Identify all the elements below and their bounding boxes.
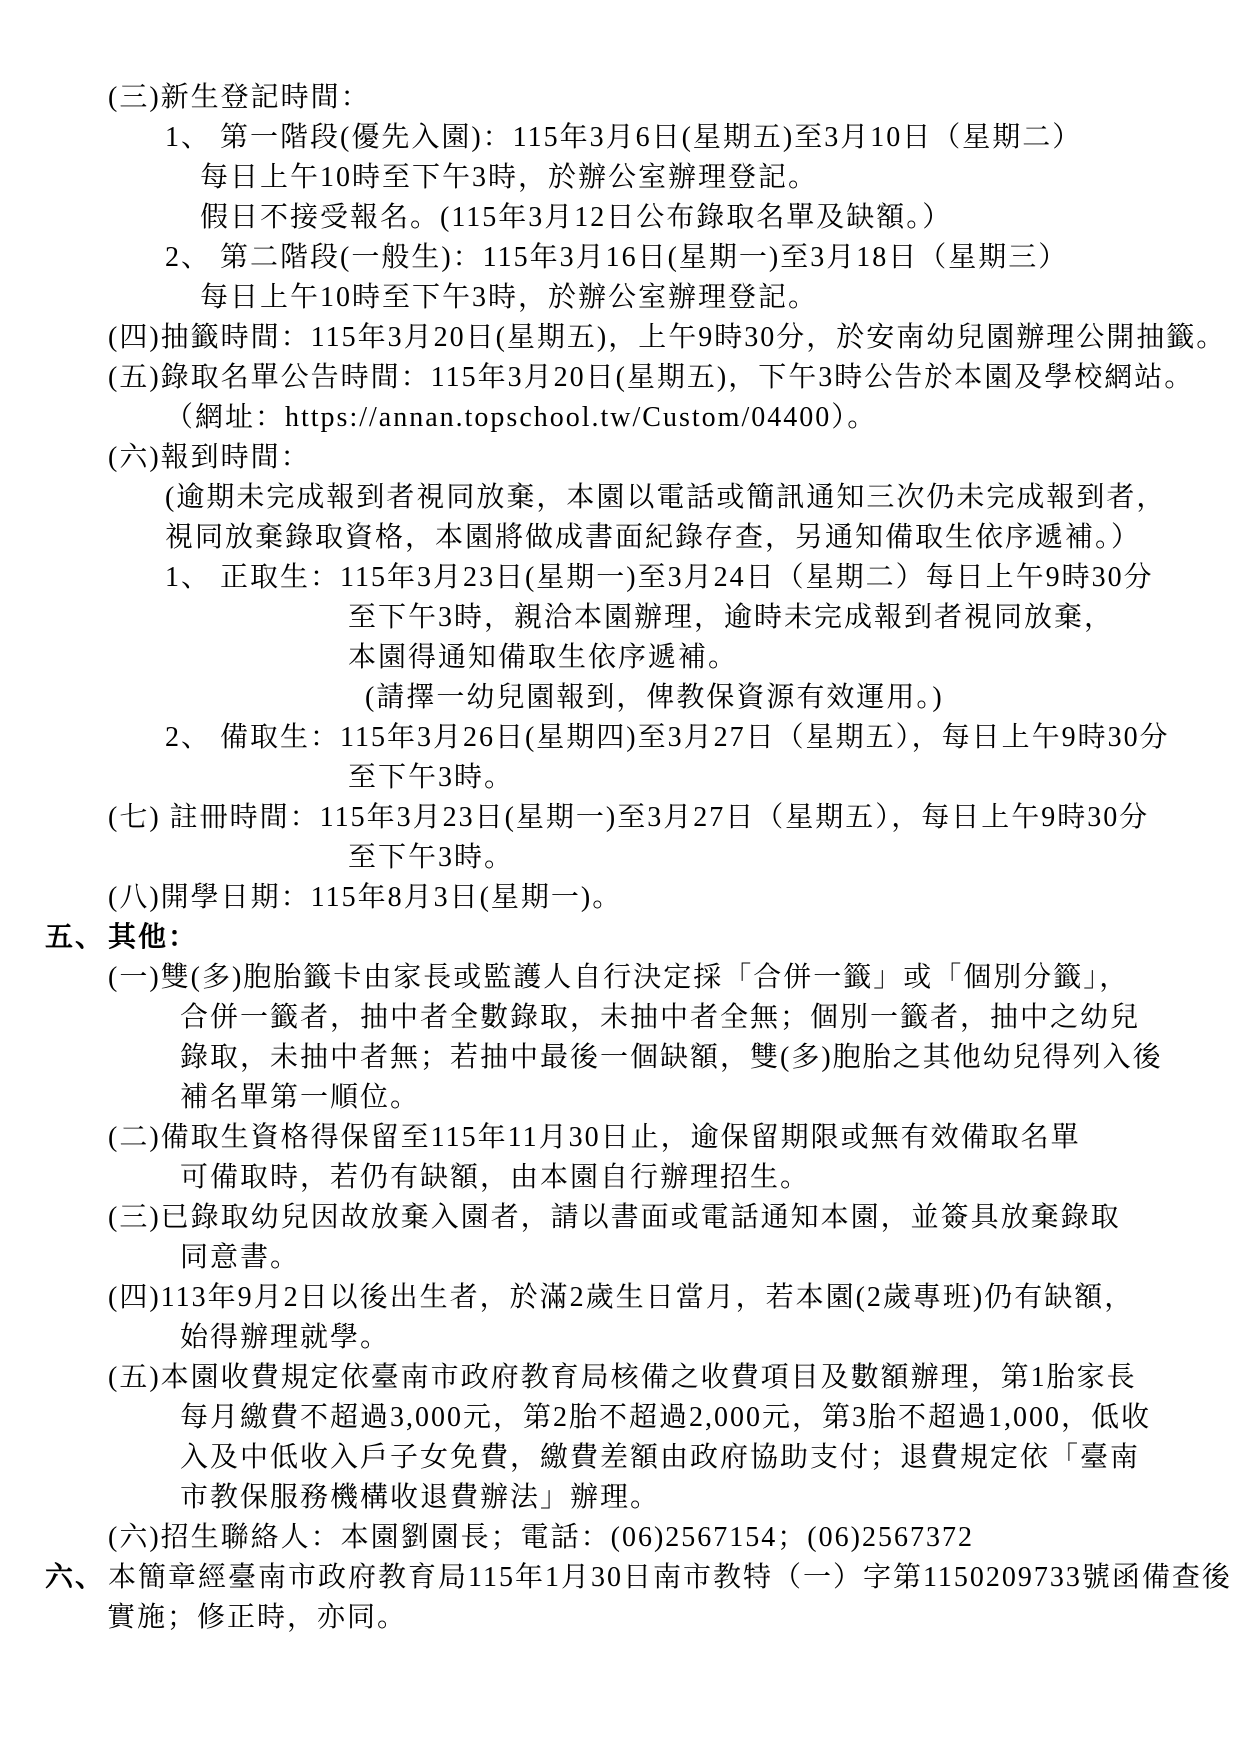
text-line: 始得辦理就學。 xyxy=(0,1318,1241,1358)
line-text: 入及中低收入戶子女免費，繳費差額由政府協助支付；退費規定依「臺南 xyxy=(180,1442,1140,1473)
text-line: 2、 備取生：115年3月26日(星期四)至3月27日（星期五），每日上午9時3… xyxy=(0,718,1241,758)
text-line: 市教保服務機構收退費辦法」辦理。 xyxy=(0,1478,1241,1518)
line-text: 實施；修正時，亦同。 xyxy=(107,1602,407,1633)
line-text: (逾期未完成報到者視同放棄，本園以電話或簡訊通知三次仍未完成報到者， xyxy=(165,482,1166,513)
text-line: (六)報到時間： xyxy=(0,438,1241,478)
text-line: 實施；修正時，亦同。 xyxy=(0,1598,1241,1638)
section-line: 六、本簡章經臺南市政府教育局115年1月30日南市教特（一）字第11502097… xyxy=(0,1558,1241,1598)
line-text: (八)開學日期：115年8月3日(星期一)。 xyxy=(108,882,622,913)
line-text: 本園得通知備取生依序遞補。 xyxy=(348,642,738,673)
line-text: (三)新生登記時間： xyxy=(108,82,371,113)
line-text: (四)抽籤時間：115年3月20日(星期五)，上午9時30分，於安南幼兒園辦理公… xyxy=(108,322,1226,353)
document-body: (三)新生登記時間：1、 第一階段(優先入園)：115年3月6日(星期五)至3月… xyxy=(0,78,1241,1638)
line-text: 1、 正取生：115年3月23日(星期一)至3月24日（星期二）每日上午9時30… xyxy=(165,562,1154,593)
line-text: 假日不接受報名。(115年3月12日公布錄取名單及缺額。） xyxy=(200,202,952,233)
text-line: 至下午3時，親洽本園辦理，逾時未完成報到者視同放棄， xyxy=(0,598,1241,638)
text-line: (三)新生登記時間： xyxy=(0,78,1241,118)
section-number: 六、 xyxy=(45,1558,108,1598)
line-text: 至下午3時。 xyxy=(348,842,514,873)
line-text: (六)招生聯絡人：本園劉園長；電話：(06)2567154；(06)256737… xyxy=(108,1522,974,1553)
line-text: (七) 註冊時間：115年3月23日(星期一)至3月27日（星期五），每日上午9… xyxy=(108,802,1149,833)
text-line: (五)本園收費規定依臺南市政府教育局核備之收費項目及數額辦理，第1胎家長 xyxy=(0,1358,1241,1398)
text-line: (逾期未完成報到者視同放棄，本園以電話或簡訊通知三次仍未完成報到者， xyxy=(0,478,1241,518)
line-text: (五)錄取名單公告時間：115年3月20日(星期五)，下午3時公告於本園及學校網… xyxy=(108,362,1194,393)
text-line: 1、 第一階段(優先入園)：115年3月6日(星期五)至3月10日（星期二） xyxy=(0,118,1241,158)
text-line: 補名單第一順位。 xyxy=(0,1078,1241,1118)
text-line: (四)抽籤時間：115年3月20日(星期五)，上午9時30分，於安南幼兒園辦理公… xyxy=(0,318,1241,358)
line-text: (二)備取生資格得保留至115年11月30日止，逾保留期限或無有效備取名單 xyxy=(108,1122,1081,1153)
line-text: 視同放棄錄取資格，本園將做成書面紀錄存查，另通知備取生依序遞補。） xyxy=(165,522,1141,553)
text-line: (請擇一幼兒園報到，俾教保資源有效運用。) xyxy=(0,678,1241,718)
line-text: 2、 第二階段(一般生)：115年3月16日(星期一)至3月18日（星期三） xyxy=(165,242,1068,273)
text-line: (四)113年9月2日以後出生者，於滿2歲生日當月，若本園(2歲專班)仍有缺額， xyxy=(0,1278,1241,1318)
text-line: 合併一籤者，抽中者全數錄取，未抽中者全無；個別一籤者，抽中之幼兒 xyxy=(0,998,1241,1038)
text-line: 至下午3時。 xyxy=(0,758,1241,798)
line-text: 2、 備取生：115年3月26日(星期四)至3月27日（星期五），每日上午9時3… xyxy=(165,722,1170,753)
text-line: 視同放棄錄取資格，本園將做成書面紀錄存查，另通知備取生依序遞補。） xyxy=(0,518,1241,558)
text-line: (二)備取生資格得保留至115年11月30日止，逾保留期限或無有效備取名單 xyxy=(0,1118,1241,1158)
text-line: 同意書。 xyxy=(0,1238,1241,1278)
text-line: (八)開學日期：115年8月3日(星期一)。 xyxy=(0,878,1241,918)
text-line: 每日上午10時至下午3時，於辦公室辦理登記。 xyxy=(0,158,1241,198)
text-line: 至下午3時。 xyxy=(0,838,1241,878)
line-text: 每日上午10時至下午3時，於辦公室辦理登記。 xyxy=(200,162,818,193)
text-line: 每月繳費不超過3,000元，第2胎不超過2,000元，第3胎不超過1,000，低… xyxy=(0,1398,1241,1438)
line-text: 始得辦理就學。 xyxy=(180,1322,390,1353)
line-text: 本簡章經臺南市政府教育局115年1月30日南市教特（一）字第1150209733… xyxy=(108,1562,1232,1593)
line-text: 至下午3時，親洽本園辦理，逾時未完成報到者視同放棄， xyxy=(348,602,1114,633)
text-line: (六)招生聯絡人：本園劉園長；電話：(06)2567154；(06)256737… xyxy=(0,1518,1241,1558)
line-text: 每日上午10時至下午3時，於辦公室辦理登記。 xyxy=(200,282,818,313)
section-line: 五、其他： xyxy=(0,918,1241,958)
text-line: (三)已錄取幼兒因故放棄入園者，請以書面或電話通知本園，並簽具放棄錄取 xyxy=(0,1198,1241,1238)
text-line: (一)雙(多)胞胎籤卡由家長或監護人自行決定採「合併一籤」或「個別分籤」， xyxy=(0,958,1241,998)
text-line: (七) 註冊時間：115年3月23日(星期一)至3月27日（星期五），每日上午9… xyxy=(0,798,1241,838)
text-line: 入及中低收入戶子女免費，繳費差額由政府協助支付；退費規定依「臺南 xyxy=(0,1438,1241,1478)
text-line: 每日上午10時至下午3時，於辦公室辦理登記。 xyxy=(0,278,1241,318)
text-line: 錄取，未抽中者無；若抽中最後一個缺額，雙(多)胞胎之其他幼兒得列入後 xyxy=(0,1038,1241,1078)
text-line: 1、 正取生：115年3月23日(星期一)至3月24日（星期二）每日上午9時30… xyxy=(0,558,1241,598)
line-text: (五)本園收費規定依臺南市政府教育局核備之收費項目及數額辦理，第1胎家長 xyxy=(108,1362,1137,1393)
section-number: 五、 xyxy=(45,918,108,958)
text-line: (五)錄取名單公告時間：115年3月20日(星期五)，下午3時公告於本園及學校網… xyxy=(0,358,1241,398)
text-line: 本園得通知備取生依序遞補。 xyxy=(0,638,1241,678)
text-line: 2、 第二階段(一般生)：115年3月16日(星期一)至3月18日（星期三） xyxy=(0,238,1241,278)
line-text: （網址：https://annan.topschool.tw/Custom/04… xyxy=(165,402,877,433)
line-text: (六)報到時間： xyxy=(108,442,311,473)
line-text: 市教保服務機構收退費辦法」辦理。 xyxy=(180,1482,660,1513)
line-text: 其他： xyxy=(108,922,198,953)
line-text: 同意書。 xyxy=(180,1242,300,1273)
line-text: 合併一籤者，抽中者全數錄取，未抽中者全無；個別一籤者，抽中之幼兒 xyxy=(180,1002,1140,1033)
line-text: 可備取時，若仍有缺額，由本園自行辦理招生。 xyxy=(180,1162,810,1193)
line-text: 1、 第一階段(優先入園)：115年3月6日(星期五)至3月10日（星期二） xyxy=(165,122,1082,153)
line-text: (請擇一幼兒園報到，俾教保資源有效運用。) xyxy=(365,682,944,713)
line-text: 每月繳費不超過3,000元，第2胎不超過2,000元，第3胎不超過1,000，低… xyxy=(180,1402,1151,1433)
text-line: 可備取時，若仍有缺額，由本園自行辦理招生。 xyxy=(0,1158,1241,1198)
line-text: 錄取，未抽中者無；若抽中最後一個缺額，雙(多)胞胎之其他幼兒得列入後 xyxy=(180,1042,1163,1073)
line-text: 補名單第一順位。 xyxy=(180,1082,420,1113)
text-line: （網址：https://annan.topschool.tw/Custom/04… xyxy=(0,398,1241,438)
document-page: (三)新生登記時間：1、 第一階段(優先入園)：115年3月6日(星期五)至3月… xyxy=(0,0,1241,1755)
text-line: 假日不接受報名。(115年3月12日公布錄取名單及缺額。） xyxy=(0,198,1241,238)
line-text: (三)已錄取幼兒因故放棄入園者，請以書面或電話通知本園，並簽具放棄錄取 xyxy=(108,1202,1121,1233)
line-text: (一)雙(多)胞胎籤卡由家長或監護人自行決定採「合併一籤」或「個別分籤」， xyxy=(108,962,1129,993)
line-text: 至下午3時。 xyxy=(348,762,514,793)
line-text: (四)113年9月2日以後出生者，於滿2歲生日當月，若本園(2歲專班)仍有缺額， xyxy=(108,1282,1134,1313)
